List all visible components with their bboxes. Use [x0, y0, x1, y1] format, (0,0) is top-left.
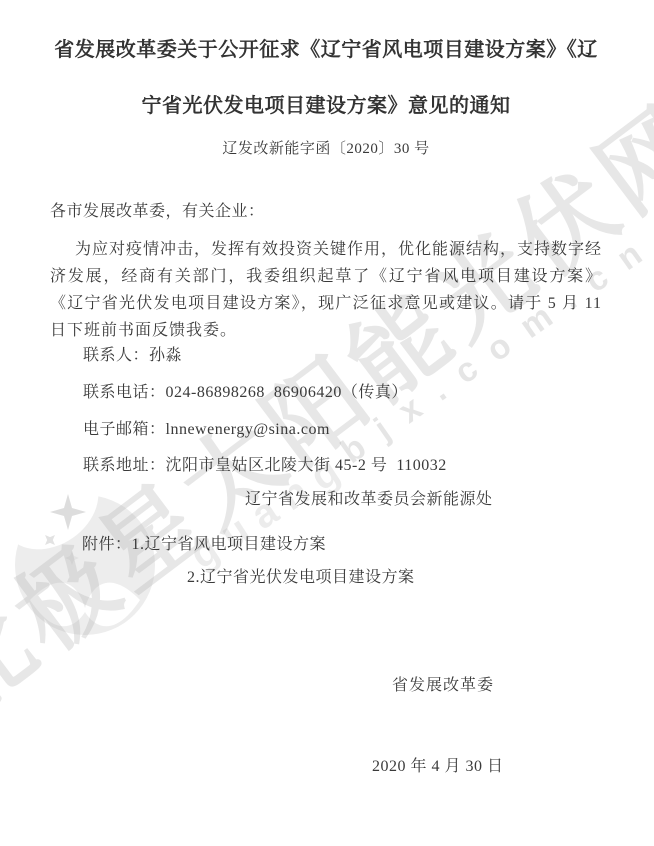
contact-phone: 联系电话：024-86898268 86906420（传真）	[83, 381, 602, 405]
salutation: 各市发展改革委，有关企业：	[50, 200, 602, 224]
attachment-item-2: 2.辽宁省光伏发电项目建设方案	[187, 566, 602, 590]
contact-address: 联系地址：沈阳市皇姑区北陵大街 45-2 号 110032	[83, 454, 602, 478]
signature-date: 2020 年 4 月 30 日	[372, 755, 602, 779]
contact-person: 联系人：孙淼	[83, 344, 602, 368]
attachment-item-1: 附件：1.辽宁省风电项目建设方案	[82, 533, 602, 557]
title-line-1: 省发展改革委关于公开征求《辽宁省风电项目建设方案》《辽	[50, 22, 602, 78]
title-line-2: 宁省光伏发电项目建设方案》意见的通知	[50, 78, 602, 134]
body-paragraph: 为应对疫情冲击，发挥有效投资关键作用，优化能源结构，支持数字经济发展，经商有关部…	[50, 236, 602, 344]
issuing-department: 辽宁省发展和改革委员会新能源处	[245, 488, 602, 512]
contact-email: 电子邮箱：lnnewenergy@sina.com	[83, 418, 602, 442]
document-page: 北极星太阳能光伏网 bjx.com.cn guang 省发展改革委关于公开征求《…	[0, 0, 654, 846]
document-number: 辽发改新能字函〔2020〕30 号	[50, 134, 602, 164]
notice-document: 省发展改革委关于公开征求《辽宁省风电项目建设方案》《辽 宁省光伏发电项目建设方案…	[0, 0, 654, 846]
signature-org: 省发展改革委	[392, 674, 602, 698]
document-title: 省发展改革委关于公开征求《辽宁省风电项目建设方案》《辽 宁省光伏发电项目建设方案…	[50, 22, 602, 134]
